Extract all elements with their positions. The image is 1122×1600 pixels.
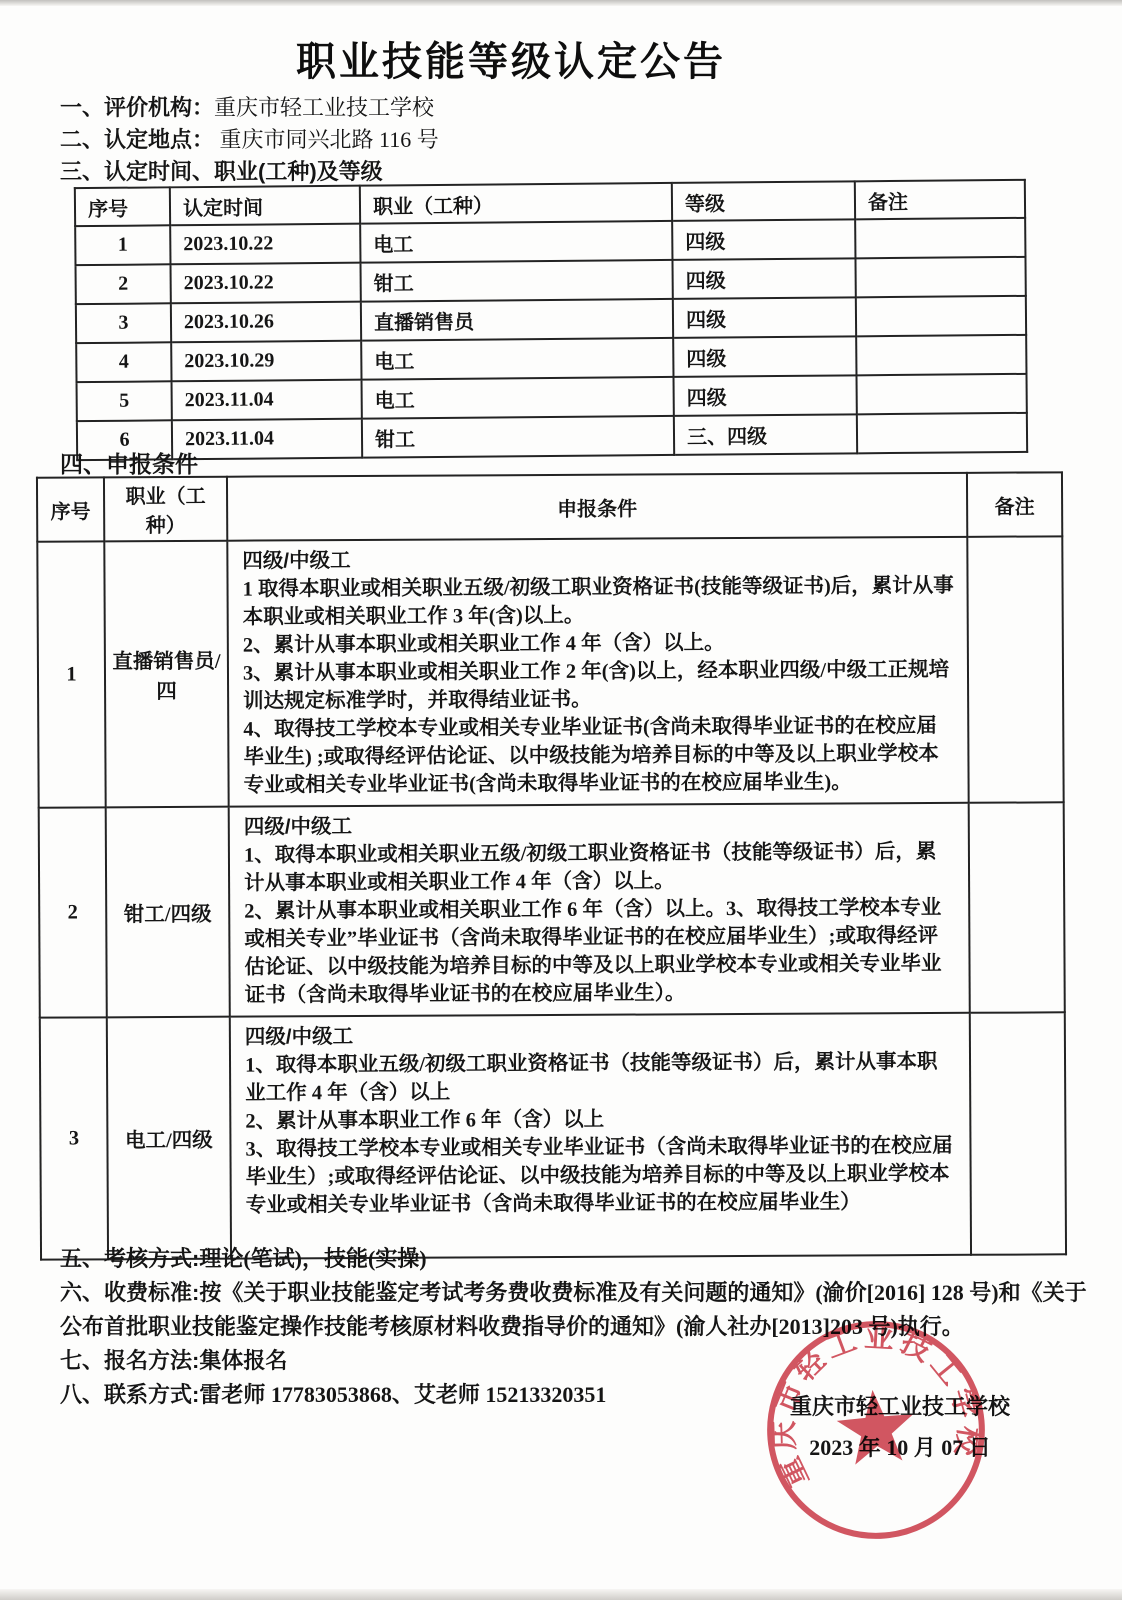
- schedule-cell: [856, 296, 1026, 336]
- schedule-cell: 2023.11.04: [172, 419, 362, 460]
- schedule-header-cell: 职业（工种）: [360, 183, 672, 224]
- footer-label-2: 六、收费标准:: [60, 1280, 199, 1305]
- schedule-cell: [856, 374, 1026, 414]
- conditions-text-cell: 四级/中级工1、取得本职业或相关职业五级/初级工职业资格证书（技能等级证书）后，…: [229, 803, 970, 1017]
- conditions-remark-cell: [967, 536, 1063, 802]
- conditions-no-cell: 3: [40, 1017, 108, 1259]
- schedule-cell: 2023.11.04: [172, 380, 362, 421]
- conditions-row: 3电工/四级四级/中级工1、取得本职业五级/初级工职业资格证书（技能等级证书）后…: [40, 1012, 1066, 1259]
- schedule-cell: 4: [76, 342, 171, 382]
- intro-value-2: 重庆市同兴北路 116 号: [214, 127, 439, 152]
- schedule-cell: [855, 257, 1025, 297]
- footer-item-fees: 六、收费标准:按《关于职业技能鉴定考试考务费收费标准及有关问题的通知》(渝价[2…: [60, 1276, 1102, 1344]
- schedule-cell: [856, 335, 1026, 375]
- schedule-table: 序号认定时间职业（工种）等级备注 12023.10.22电工四级22023.10…: [74, 179, 1028, 461]
- condition-line: 2、累计从事本职业工作 6 年（含）以上: [245, 1104, 957, 1136]
- schedule-cell: [855, 218, 1025, 258]
- schedule-cell: 2023.10.22: [170, 224, 360, 265]
- schedule-cell: 电工: [362, 377, 674, 419]
- intro-label-3: 三、认定时间、职业(工种)及等级: [60, 159, 383, 184]
- footer-label-1: 五、考核方式:: [60, 1246, 199, 1271]
- footer-item-registration: 七、报名方法:集体报名: [60, 1344, 1102, 1378]
- conditions-no-cell: 1: [37, 541, 105, 807]
- intro-value-1: 重庆市轻工业技工学校: [214, 95, 434, 120]
- condition-line: 1 取得本职业或相关职业五级/初级工职业资格证书(技能等级证书)后，累计从事本职…: [242, 572, 954, 632]
- schedule-cell: 钳工: [360, 260, 672, 302]
- conditions-row: 2钳工/四级四级/中级工1、取得本职业或相关职业五级/初级工职业资格证书（技能等…: [39, 802, 1065, 1017]
- conditions-header-row: 序号职业（工种）申报条件备注: [37, 472, 1062, 541]
- schedule-cell: 四级: [672, 219, 855, 260]
- schedule-cell: 1: [75, 225, 170, 265]
- conditions-header-cell: 申报条件: [227, 473, 967, 541]
- conditions-table: 序号职业（工种）申报条件备注 1直播销售员/四四级/中级工1 取得本职业或相关职…: [36, 471, 1067, 1260]
- footer-text-1: 理论(笔试)，技能(实操): [199, 1246, 426, 1271]
- conditions-remark-cell: [969, 802, 1065, 1012]
- conditions-occupation-cell: 电工/四级: [107, 1017, 231, 1260]
- condition-line: 4、取得技工学校本专业或相关专业毕业证书(含尚未取得毕业证书的在校应届毕业生) …: [243, 712, 955, 800]
- schedule-cell: 3: [76, 303, 171, 343]
- condition-line: 1、取得本职业或相关职业五级/初级工职业资格证书（技能等级证书）后，累计从事本职…: [244, 838, 956, 898]
- conditions-text-cell: 四级/中级工1 取得本职业或相关职业五级/初级工职业资格证书(技能等级证书)后，…: [227, 537, 968, 807]
- schedule-cell: 三、四级: [674, 414, 857, 455]
- conditions-row: 1直播销售员/四四级/中级工1 取得本职业或相关职业五级/初级工职业资格证书(技…: [37, 536, 1063, 807]
- schedule-cell: 四级: [673, 336, 856, 377]
- schedule-table-body: 12023.10.22电工四级22023.10.22钳工四级32023.10.2…: [75, 218, 1027, 460]
- schedule-cell: 钳工: [362, 416, 674, 458]
- schedule-cell: 电工: [361, 338, 673, 380]
- footer-text-4: 雷老师 17783053868、艾老师 15213320351: [199, 1382, 606, 1407]
- footer-label-4: 八、联系方式:: [60, 1382, 199, 1407]
- schedule-cell: 2023.10.29: [171, 341, 361, 382]
- footer-text-3: 集体报名: [199, 1348, 287, 1373]
- signature-block: 重庆市轻工业技工学校 2023 年 10 月 07 日: [768, 1386, 1032, 1468]
- schedule-header-cell: 序号: [75, 187, 170, 226]
- conditions-occupation-cell: 直播销售员/四: [104, 541, 228, 808]
- conditions-text-cell: 四级/中级工1、取得本职业五级/初级工职业资格证书（技能等级证书）后，累计从事本…: [230, 1013, 971, 1259]
- schedule-cell: 5: [77, 381, 172, 421]
- conditions-heading: 四、申报条件: [60, 446, 198, 479]
- scan-edge-bottom: [0, 1589, 1122, 1600]
- scan-edge-top: [0, 0, 1122, 6]
- condition-line: 3、累计从事本职业或相关职业工作 2 年(含)以上，经本职业四级/中级工正规培训…: [243, 656, 955, 716]
- schedule-header-cell: 等级: [672, 181, 855, 221]
- signature-org: 重庆市轻工业技工学校: [768, 1386, 1032, 1427]
- conditions-table-body: 1直播销售员/四四级/中级工1 取得本职业或相关职业五级/初级工职业资格证书(技…: [37, 536, 1066, 1259]
- schedule-row: 62023.11.04钳工三、四级: [77, 413, 1027, 460]
- conditions-header-cell: 职业（工种）: [104, 477, 227, 542]
- intro-label-2: 二、认定地点：: [60, 127, 214, 152]
- conditions-header-cell: 备注: [967, 472, 1062, 536]
- footer-text-2: 按《关于职业技能鉴定考试考务费收费标准及有关问题的通知》(渝价[2016] 12…: [60, 1280, 1087, 1339]
- intro-line-1: 一、评价机构：重庆市轻工业技工学校: [60, 92, 439, 124]
- condition-line: 3、取得技工学校本专业或相关专业毕业证书（含尚未取得毕业证书的在校应届毕业生）;…: [245, 1132, 957, 1220]
- intro-line-2: 二、认定地点： 重庆市同兴北路 116 号: [60, 124, 439, 156]
- condition-line: 2、累计从事本职业或相关职业工作 4 年（含）以上。: [243, 628, 955, 660]
- schedule-cell: 2023.10.26: [171, 302, 361, 343]
- conditions-remark-cell: [970, 1012, 1066, 1254]
- conditions-header-cell: 序号: [37, 477, 104, 541]
- schedule-cell: 四级: [673, 297, 856, 338]
- condition-level-title: 四级/中级工: [245, 1020, 957, 1052]
- footer-item-assessment: 五、考核方式:理论(笔试)，技能(实操): [60, 1242, 1102, 1276]
- condition-line: 1、取得本职业五级/初级工职业资格证书（技能等级证书）后，累计从事本职业工作 4…: [245, 1048, 957, 1108]
- schedule-cell: 2: [76, 264, 171, 304]
- footer-label-3: 七、报名方法:: [60, 1348, 199, 1373]
- conditions-occupation-cell: 钳工/四级: [106, 807, 230, 1018]
- intro-line-3: 三、认定时间、职业(工种)及等级: [60, 156, 439, 188]
- signature-date: 2023 年 10 月 07 日: [768, 1427, 1032, 1468]
- conditions-no-cell: 2: [39, 807, 107, 1017]
- scanned-document-page: 职业技能等级认定公告 一、评价机构：重庆市轻工业技工学校 二、认定地点： 重庆市…: [0, 0, 1122, 1600]
- schedule-cell: 2023.10.22: [170, 263, 360, 304]
- intro-section: 一、评价机构：重庆市轻工业技工学校 二、认定地点： 重庆市同兴北路 116 号 …: [60, 92, 439, 188]
- document-title: 职业技能等级认定公告: [0, 30, 1022, 87]
- schedule-header-cell: 认定时间: [170, 186, 360, 226]
- condition-line: 2、累计从事本职业或相关职业工作 6 年（含）以上。3、取得技工学校本专业或相关…: [244, 894, 957, 1010]
- schedule-cell: 直播销售员: [361, 299, 673, 341]
- condition-level-title: 四级/中级工: [242, 544, 954, 576]
- intro-label-1: 一、评价机构：: [60, 95, 214, 120]
- schedule-cell: [857, 413, 1027, 453]
- condition-level-title: 四级/中级工: [244, 810, 956, 842]
- schedule-cell: 四级: [674, 375, 857, 416]
- schedule-header-cell: 备注: [855, 180, 1025, 219]
- schedule-cell: 电工: [360, 221, 672, 263]
- schedule-cell: 四级: [672, 258, 855, 299]
